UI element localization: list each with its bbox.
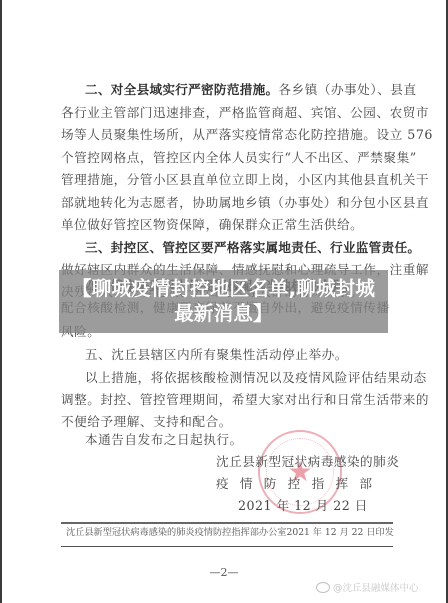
weibo-icon: [316, 582, 330, 593]
paragraph-line: 二、对全县域实行严密防范措施。各乡镇（办事处）、县直: [85, 82, 391, 98]
paragraph-line: 各行业主管部门迅速排查，严格监管商超、宾馆、公园、农贸市: [61, 105, 391, 121]
section-heading-2: 二、对全县域实行严密防范措施。: [85, 82, 278, 97]
signature-org-line1: 沈丘县新型冠状病毒感染的肺炎: [216, 454, 399, 470]
section-heading-3: 三、封控区、管控区要严格落实属地责任、行业监管责任。: [85, 240, 391, 256]
footer-top-rule: [61, 522, 393, 524]
footer-issue-date: 2021 年 12 月 22 日印发: [287, 527, 394, 539]
footer-bottom-rule: [61, 546, 393, 547]
headline-banner: 【聊城疫情封控地区名单,聊城封城最新消息】: [59, 270, 388, 333]
paragraph-line: 本通告自发布之日起执行。: [85, 432, 391, 448]
headline-title: 【聊城疫情封控地区名单,聊城封城最新消息】: [59, 276, 388, 326]
paragraph-line: 单位做好管控区物资保障，确保群众正常生活供给。: [61, 217, 391, 233]
paragraph-line: 管理措施，分管小区县直单位立即上岗，小区内其他县直机关干: [61, 172, 391, 188]
signature-org-line2: 疫 情 防 控 指 挥 部: [216, 476, 372, 492]
paragraph-line: 个管控网格点，管控区内全体人员实行“人不出区、严禁聚集”: [61, 150, 391, 166]
paragraph-line: 部就地转化为志愿者，协助属地乡镇（办事处）和分包小区县直: [61, 195, 391, 211]
footer-issuer: 沈丘县新型冠状病毒感染的肺炎疫情防控指挥部办公室: [66, 527, 287, 539]
section-heading-5: 五、沈丘县辖区内所有聚集性活动停止举办。: [85, 347, 391, 363]
paragraph-line: 不便给予理解、支持和配合。: [61, 414, 391, 430]
document-page: 二、对全县域实行严密防范措施。各乡镇（办事处）、县直 各行业主管部门迅速排查，严…: [0, 0, 448, 603]
signature-date: 2021 年 12 月 22 日: [238, 498, 368, 514]
paragraph-line: 场等人员聚集性场所，从严落实疫情常态化防控措施。设立 576: [61, 127, 391, 143]
page-number: —2—: [0, 566, 448, 579]
paragraph-line: 调整。封控、管控管理期间，希望大家对出行和日常生活带来的: [61, 392, 391, 408]
footer-issue-line: 沈丘县新型冠状病毒感染的肺炎疫情防控指挥部办公室 2021 年 12 月 22 …: [66, 527, 390, 539]
paragraph-line: 以上措施，将依据核酸检测情况以及疫情风险评估结果动态: [85, 370, 391, 386]
left-border: [0, 0, 2, 603]
weibo-watermark: @沈丘县融媒体中心: [316, 580, 419, 594]
